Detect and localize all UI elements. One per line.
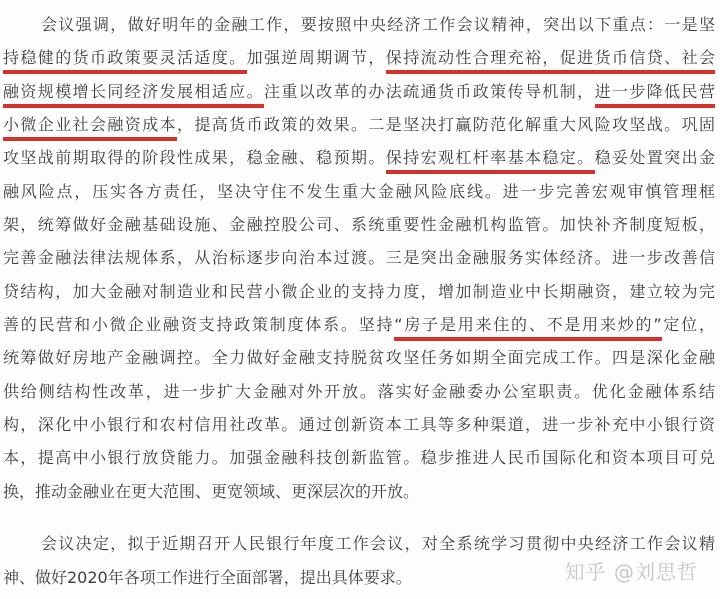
- text-segment: 注重以改革的办法疏通货币政策传导机制，: [264, 82, 595, 101]
- red-underlined-text: 进一步降低民营: [595, 82, 715, 108]
- text-segment: 善的民营和小微企业融资支持政策制度体系。坚持: [3, 315, 394, 334]
- text-line: 本，提高中小银行放贷能力。加强金融科技创新监管。稳步推进人民币国际化和资本项目可…: [3, 441, 715, 474]
- text-segment: 本，提高中小银行放贷能力。加强金融科技创新监管。稳步推进人民币国际化和资本项目可…: [3, 448, 715, 467]
- text-line: 换，推动金融业在更大范围、更宽领域、更深层次的开放。: [3, 475, 715, 508]
- text-segment: 统筹做好房地产金融调控。全力做好金融支持脱贫攻坚任务如期全面完成工作。四是深化金…: [3, 348, 715, 367]
- text-line: 攻坚战前期取得的阶段性成果，稳金融、稳预期。保持宏观杠杆率基本稳定。稳妥处置突出…: [3, 141, 715, 174]
- red-underlined-text: 保持流动性合理充裕，促进货币信贷、社会: [386, 48, 715, 74]
- text-line: 构，深化中小银行和农村信用社改革。通过创新资本工具等多种渠道，进一步补充中小银行…: [3, 408, 715, 441]
- text-segment: 供给侧结构性改革，进一步扩大金融对外开放。落实好金融委办公室职责。优化金融体系结: [3, 382, 715, 401]
- text-segment: 架，统筹做好金融基础设施、金融控股公司、系统重要性金融机构监管。加快补齐制度短板…: [3, 215, 715, 234]
- text-line: 会议强调，做好明年的金融工作，要按照中央经济工作会议精神，突出以下重点：一是坚: [3, 8, 715, 41]
- text-segment: 会议决定，拟于近期召开人民银行年度工作会议，对全系统学习贯彻中央经济工作会议精: [41, 534, 715, 553]
- text-line: 善的民营和小微企业融资支持政策制度体系。坚持“房子是用来住的、不是用来炒的”定位…: [3, 308, 715, 341]
- text-segment: 贷结构，加大金融对制造业和民营小微企业的支持力度，增加制造业中长期融资，建立较为…: [3, 282, 715, 301]
- text-line: 持稳健的货币政策要灵活适度。加强逆周期调节，保持流动性合理充裕，促进货币信贷、社…: [3, 41, 715, 74]
- text-line: 融风险点，压实各方责任，坚决守住不发生重大金融风险底线。进一步完善宏观审慎管理框: [3, 175, 715, 208]
- text-segment: 神、做好2020年各项工作进行全面部署，提出具体要求。: [3, 568, 412, 587]
- text-line: 小微企业社会融资成本，提高货币政策的效果。二是坚决打赢防范化解重大风险攻坚战。巩…: [3, 108, 715, 141]
- text-segment: ，提高货币政策的效果。二是坚决打赢防范化解重大风险攻坚战。巩固: [177, 115, 715, 134]
- text-line: 供给侧结构性改革，进一步扩大金融对外开放。落实好金融委办公室职责。优化金融体系结: [3, 375, 715, 408]
- text-line: 完善金融法律法规体系，从治标逐步向治本过渡。三是突出金融服务实体经济。进一步改善…: [3, 241, 715, 274]
- text-segment: 稳妥处置突出金: [595, 148, 715, 167]
- red-underlined-text: 保持宏观杠杆率基本稳定。: [386, 148, 595, 174]
- red-underlined-text: 融资规模增长同经济发展相适应。: [3, 82, 264, 108]
- red-underlined-text: “房子是用来住的、不是用来炒的”: [394, 315, 661, 341]
- text-segment: 完善金融法律法规体系，从治标逐步向治本过渡。三是突出金融服务实体经济。进一步改善…: [3, 248, 715, 267]
- text-segment: 融风险点，压实各方责任，坚决守住不发生重大金融风险底线。进一步完善宏观审慎管理框: [3, 182, 715, 201]
- text-line: 贷结构，加大金融对制造业和民营小微企业的支持力度，增加制造业中长期融资，建立较为…: [3, 275, 715, 308]
- red-underlined-text: 小微企业社会融资成本: [3, 115, 177, 141]
- text-segment: 会议强调，做好明年的金融工作，要按照中央经济工作会议精神，突出以下重点：一是坚: [41, 15, 715, 34]
- text-segment: 换，推动金融业在更大范围、更宽领域、更深层次的开放。: [3, 482, 419, 501]
- text-line: 融资规模增长同经济发展相适应。注重以改革的办法疏通货币政策传导机制，进一步降低民…: [3, 75, 715, 108]
- text-line: 架，统筹做好金融基础设施、金融控股公司、系统重要性金融机构监管。加快补齐制度短板…: [3, 208, 715, 241]
- text-line: 统筹做好房地产金融调控。全力做好金融支持脱贫攻坚任务如期全面完成工作。四是深化金…: [3, 341, 715, 374]
- zhihu-watermark: 知乎 @刘思哲: [565, 556, 698, 585]
- red-underlined-text: 持稳健的货币政策要灵活适度。: [3, 48, 247, 74]
- text-segment: 加强逆周期调节，: [247, 48, 386, 67]
- paragraph: 会议强调，做好明年的金融工作，要按照中央经济工作会议精神，突出以下重点：一是坚持…: [3, 8, 715, 508]
- article-body: 会议强调，做好明年的金融工作，要按照中央经济工作会议精神，突出以下重点：一是坚持…: [0, 0, 720, 594]
- text-segment: 构，深化中小银行和农村信用社改革。通过创新资本工具等多种渠道，进一步补充中小银行…: [3, 415, 715, 434]
- text-segment: 攻坚战前期取得的阶段性成果，稳金融、稳预期。: [3, 148, 386, 167]
- text-segment: 定位，: [662, 315, 715, 334]
